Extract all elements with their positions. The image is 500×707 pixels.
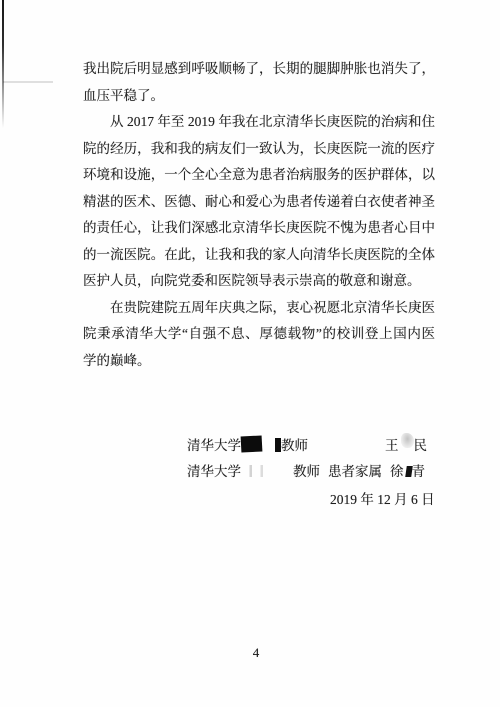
signer2-affiliation: 清华大学 <box>187 464 241 479</box>
scan-artifact-smudge <box>3 81 53 83</box>
body-line: 在贵院建院五周年庆典之际，衷心祝愿北京清华长庚医 <box>83 295 435 322</box>
signature-date: 2019 年 12 月 6 日 <box>330 489 435 511</box>
body-line: 精湛的医术、医德、耐心和爱心为患者传递着白衣使者神圣 <box>83 189 435 216</box>
signature-line-2: 清华大学教师患者家属徐青 <box>187 461 425 483</box>
signer1-affiliation: 清华大学 <box>187 438 241 453</box>
body-line: 学的巅峰。 <box>83 348 435 375</box>
signer1-given-name: 民 <box>414 438 428 453</box>
signature-line-1: 清华大学教师王民 <box>187 433 427 455</box>
redaction-box <box>241 435 263 452</box>
signer2-surname: 徐 <box>390 464 404 479</box>
body-line: 的一流医院。在此，让我和我的家人向清华长庚医院的全体 <box>83 242 435 269</box>
body-line: 院秉承清华大学“自强不息、厚德载物”的校训登上国内医 <box>83 321 435 348</box>
redaction-erased-marks <box>244 465 274 477</box>
signer2-given-name: 青 <box>412 464 426 479</box>
page-number: 4 <box>248 645 264 661</box>
body-line: 的责任心，让我们深感北京清华长庚医院不愧为患者心目中 <box>83 215 435 242</box>
body-line: 血压平稳了。 <box>83 83 435 110</box>
letter-body: 我出院后明显感到呼吸顺畅了，长期的腿脚肿胀也消失了， 血压平稳了。 从 2017… <box>83 56 435 374</box>
scanned-letter-page: 我出院后明显感到呼吸顺畅了，长期的腿脚肿胀也消失了， 血压平稳了。 从 2017… <box>0 0 500 707</box>
signer2-relation: 患者家属 <box>328 464 382 479</box>
scan-artifact-vertical-line <box>2 0 4 128</box>
redaction-smudge <box>401 433 414 448</box>
signer1-surname: 王 <box>385 438 399 453</box>
body-line: 医护人员，向院党委和医院领导表示崇高的敬意和谢意。 <box>83 268 435 295</box>
signer2-role: 教师 <box>293 464 320 479</box>
body-line: 从 2017 年至 2019 年我在北京清华长庚医院的治病和住 <box>83 109 435 136</box>
body-line: 我出院后明显感到呼吸顺畅了，长期的腿脚肿胀也消失了， <box>83 56 435 83</box>
signer1-role: 教师 <box>281 438 308 453</box>
body-line: 院的经历，我和我的病友们一致认为，长庚医院一流的医疗 <box>83 136 435 163</box>
redaction-mark <box>405 466 413 477</box>
body-line: 环境和设施，一个全心全意为患者治病服务的医护群体，以 <box>83 162 435 189</box>
